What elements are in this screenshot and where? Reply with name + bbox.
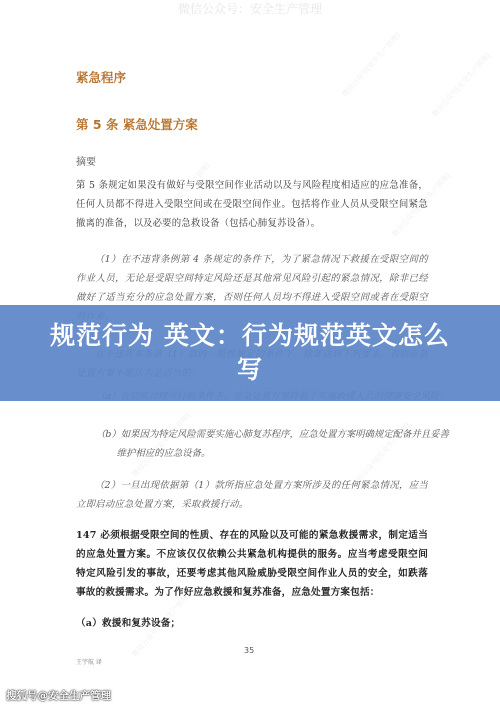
translator-credit: 王宇航 译: [76, 657, 102, 666]
guidance-item-a: （a）救援和复苏设备；: [76, 614, 428, 633]
diagonal-watermark: 微信公众号[安全生产管理]: [430, 51, 493, 119]
diagonal-watermark: 微信公众号[安全生产管理]: [340, 31, 403, 99]
document-page: 微信公众号：安全生产管理 微信公众号[安全生产管理] 微信公众号[安全生产管理]…: [0, 0, 500, 707]
top-watermark: 微信公众号：安全生产管理: [0, 0, 500, 18]
article-title: 第 5 条 紧急处置方案: [76, 115, 198, 133]
page-number: 35: [244, 646, 254, 655]
section-title: 紧急程序: [76, 68, 126, 86]
abstract-label: 摘要: [76, 153, 96, 168]
footer-watermark: 搜狐号@安全生产管理: [6, 688, 111, 703]
guidance-147-paragraph: 147 必须根据受限空间的性质、存在的风险以及可能的紧急救援需求，制定适当的应急…: [76, 526, 428, 602]
item-b: （b）如果因为特定风险需要实施心肺复苏程序，应急处置方案明确规定配备并且妥善维护…: [96, 425, 451, 463]
abstract-paragraph: 第 5 条规定如果没有做好与受限空间作业活动以及与风险程度相适应的应急准备，任何…: [76, 176, 428, 233]
clause-2-paragraph: （2）一旦出现依据第（1）款所指应急处置方案所涉及的任何紧急情况，应当立即启动应…: [76, 476, 428, 514]
overlay-title: 规范行为 英文：行为规范英文怎么写: [40, 305, 460, 401]
